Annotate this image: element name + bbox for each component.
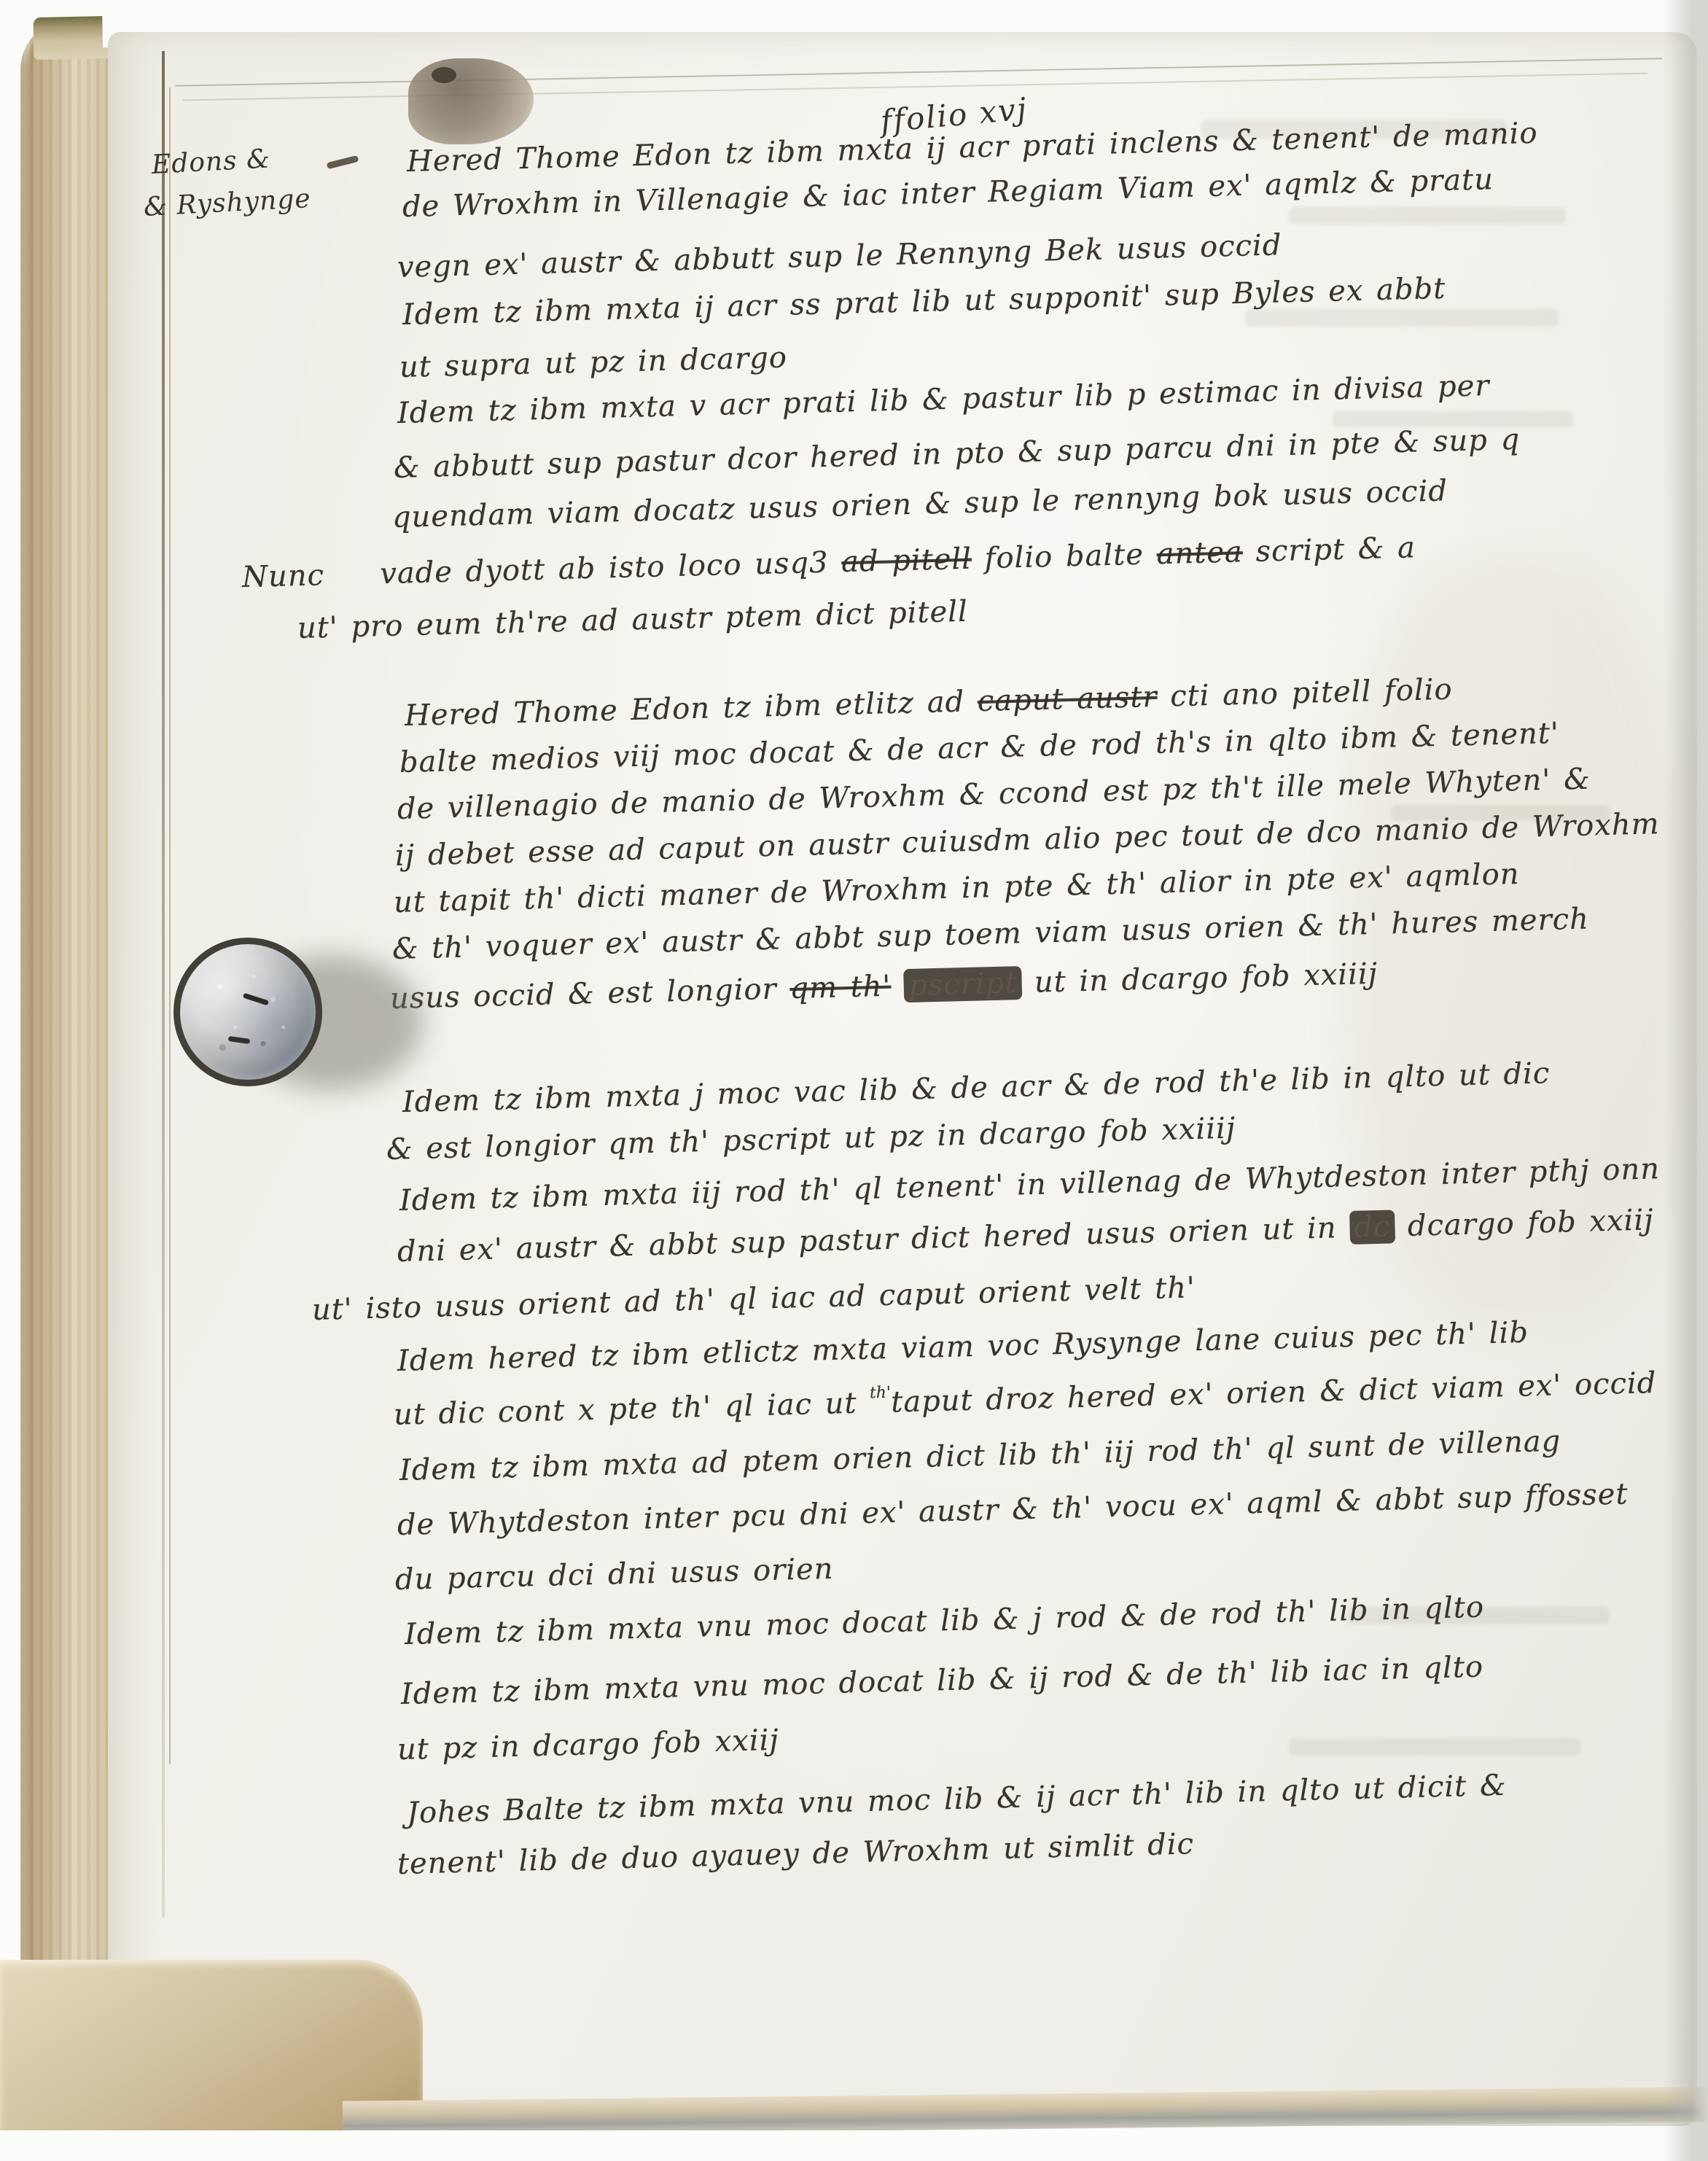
bleedthrough-mark — [1289, 1738, 1580, 1756]
text-segment: caput austr — [977, 680, 1158, 718]
margin-note-line-1: Edons & — [151, 144, 271, 179]
ink-stain-speck — [432, 67, 456, 83]
text-segment: qm th' — [789, 970, 892, 1006]
text-segment: ad pitell — [841, 542, 972, 580]
gutter-crease — [169, 87, 171, 1764]
text-segment: dc — [1349, 1210, 1395, 1245]
text-segment: script & a — [1242, 531, 1416, 569]
text-segment — [891, 969, 905, 1002]
text-segment: antea — [1156, 535, 1243, 571]
background-below-page — [0, 2130, 1708, 2161]
bleedthrough-mark — [1245, 309, 1559, 327]
gutter-crease — [162, 51, 165, 1917]
text-segment: pscript — [904, 966, 1022, 1002]
metal-boss — [173, 938, 322, 1086]
bleedthrough-mark — [1289, 207, 1566, 225]
right-edge-shadow — [1663, 0, 1708, 2161]
text-segment: th' — [870, 1384, 892, 1403]
text-segment: dcargo fob xxiij — [1395, 1203, 1654, 1243]
boss-shading — [180, 944, 316, 1080]
text-segment: folio balte — [971, 537, 1157, 575]
manuscript-photo: ffolio xvj Edons & & Ryshynge Hered Thom… — [0, 0, 1708, 2161]
